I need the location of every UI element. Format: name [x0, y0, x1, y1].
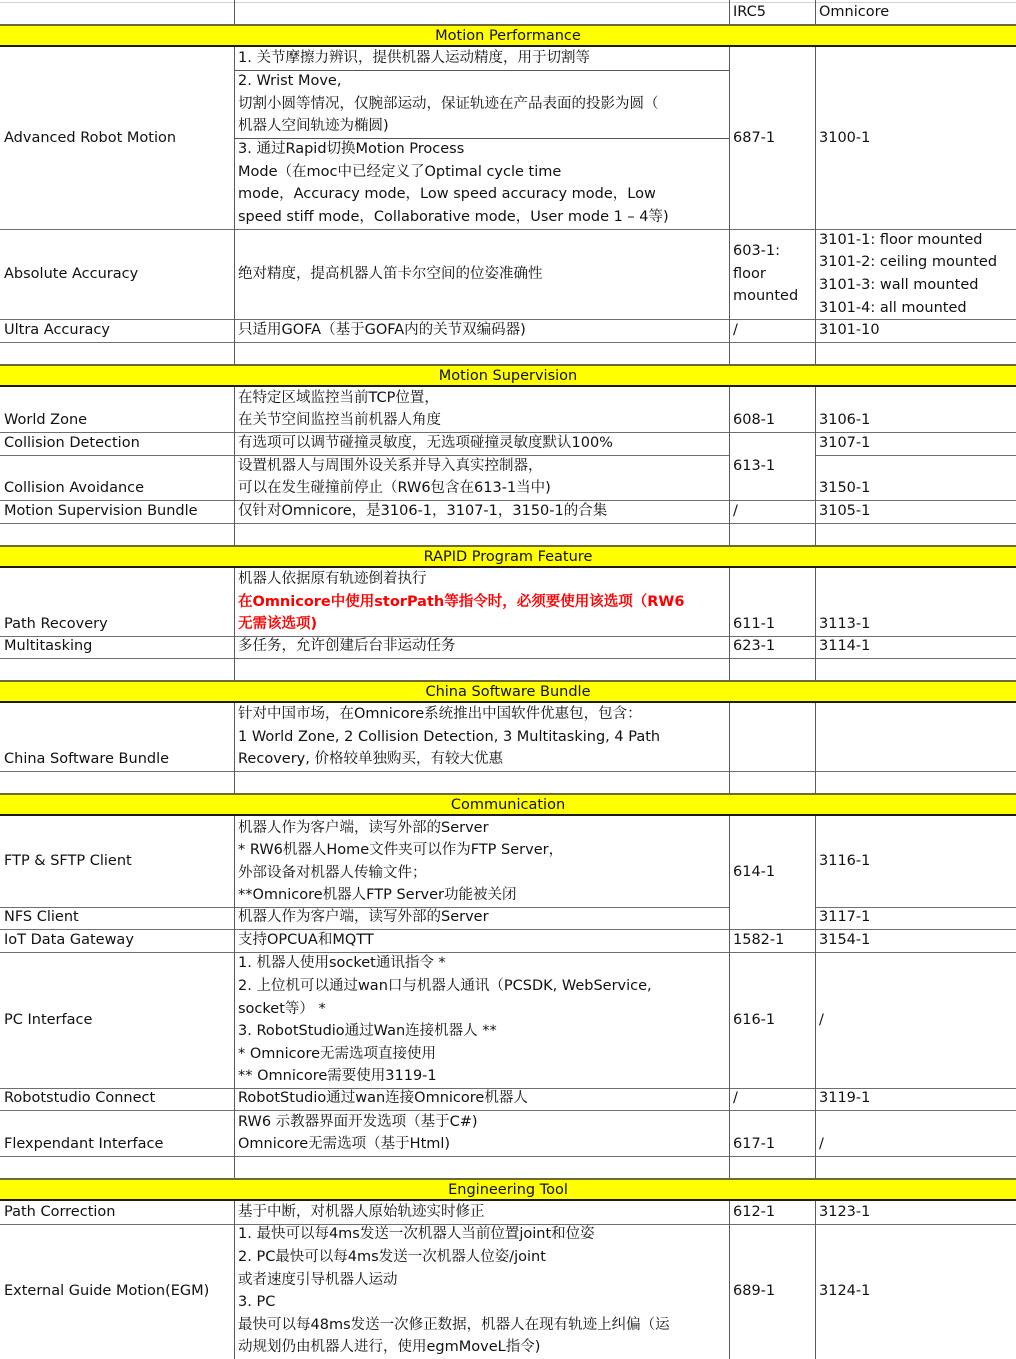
highlight-note: 无需该选项) — [238, 613, 725, 636]
cell-text: RW6 示教器界面开发选项（基于C#) — [238, 1111, 725, 1134]
feature-description: RobotStudio通过wan连接Omnicore机器人 — [234, 1088, 729, 1110]
cell-text: 3. RobotStudio通过Wan连接机器人 ** — [238, 1020, 725, 1043]
cell-text: 切割小圆等情况，仅腕部运动，保证轨迹在产品表面的投影为圆（ — [238, 93, 725, 116]
cell-text: 1582-1 — [733, 929, 811, 952]
feature-name: FTP & SFTP Client — [0, 816, 234, 907]
feature-description: 2. Wrist Move,切割小圆等情况，仅腕部运动，保证轨迹在产品表面的投影… — [234, 70, 729, 138]
cell-text: 3116-1 — [819, 850, 1012, 873]
cell-text: World Zone — [4, 409, 230, 432]
grid-line — [729, 387, 730, 432]
grid-line — [234, 658, 235, 680]
cell-text: 有选项可以调节碰撞灵敏度，无选项碰撞灵敏度默认100% — [238, 432, 725, 455]
grid-line — [815, 47, 816, 229]
grid-line — [234, 1088, 235, 1110]
feature-description: 3. 通过Rapid切换Motion ProcessMode（在moc中已经定义… — [234, 138, 729, 229]
cell-text: 3101-1: floor mounted — [819, 229, 1012, 251]
cell-text: / — [819, 1133, 1012, 1156]
omnicore-option: 3119-1 — [815, 1088, 1016, 1110]
feature-name: Ultra Accuracy — [0, 319, 234, 342]
feature-description: 机器人依据原有轨迹倒着执行在Omnicore中使用storPath等指令时，必须… — [234, 568, 729, 636]
grid-line — [729, 929, 730, 952]
irc5-option: / — [729, 1088, 815, 1110]
grid-line — [234, 816, 235, 907]
feature-name: Path Recovery — [0, 568, 234, 636]
grid-line — [234, 771, 235, 793]
feature-description: 1. 机器人使用socket通讯指令 *2. 上位机可以通过wan口与机器人通讯… — [234, 952, 729, 1088]
feature-description: 机器人作为客户端，读写外部的Server* RW6机器人Home文件夹可以作为F… — [234, 816, 729, 907]
feature-name: Path Correction — [0, 1201, 234, 1224]
section-header-china-software-bundle: China Software Bundle — [0, 680, 1016, 703]
highlight-note: 在Omnicore中使用storPath等指令时，必须要使用该选项（RW6 — [238, 591, 725, 614]
feature-description: 在特定区域监控当前TCP位置，在关节空间监控当前机器人角度 — [234, 387, 729, 432]
grid-line — [815, 523, 816, 545]
cell-text: IoT Data Gateway — [4, 929, 230, 952]
grid-line — [234, 636, 235, 658]
grid-line — [234, 568, 235, 636]
feature-description: 1. 最快可以每4ms发送一次机器人当前位置joint和位姿2. PC最快可以每… — [234, 1224, 729, 1359]
cell-text: 多任务，允许创建后台非运动任务 — [238, 636, 725, 658]
section-title: RAPID Program Feature — [424, 549, 593, 565]
grid-line — [815, 229, 816, 319]
cell-text: 1 World Zone, 2 Collision Detection, 3 M… — [238, 726, 725, 749]
grid-line — [234, 500, 235, 523]
grid-line — [729, 771, 730, 793]
cell-text: 1. 关节摩擦力辨识，提供机器人运动精度，用于切割等 — [238, 47, 725, 70]
grid-line — [815, 1110, 816, 1156]
cell-text: 在关节空间监控当前机器人角度 — [238, 409, 725, 432]
grid-line — [815, 1156, 816, 1178]
irc5-option: 608-1 — [729, 387, 815, 432]
feature-description: 针对中国市场，在Omnicore系统推出中国软件优惠包，包含：1 World Z… — [234, 703, 729, 771]
cell-text: 仅针对Omnicore，是3106-1，3107-1，3150-1的合集 — [238, 500, 725, 523]
cell-text: mode，Accuracy mode，Low speed accuracy mo… — [238, 183, 725, 206]
grid-line — [729, 432, 730, 455]
feature-description: 仅针对Omnicore，是3106-1，3107-1，3150-1的合集 — [234, 500, 729, 523]
grid-line — [815, 658, 816, 680]
grid-line — [729, 500, 730, 523]
cell-text: 3114-1 — [819, 636, 1012, 658]
grid-line — [0, 658, 1016, 659]
irc5-option: 616-1 — [729, 952, 815, 1088]
cell-text: NFS Client — [4, 907, 230, 929]
feature-description: 有选项可以调节碰撞灵敏度，无选项碰撞灵敏度默认100% — [234, 432, 729, 455]
cell-text: 3101-4: all mounted — [819, 297, 1012, 319]
section-title: Motion Performance — [435, 28, 581, 44]
feature-name: Multitasking — [0, 636, 234, 658]
omnicore-option: 3113-1 — [815, 568, 1016, 636]
grid-line — [234, 455, 235, 500]
feature-name: Absolute Accuracy — [0, 229, 234, 319]
feature-name: PC Interface — [0, 952, 234, 1088]
cell-text: 3117-1 — [819, 907, 1012, 929]
cell-text: Robotstudio Connect — [4, 1088, 230, 1110]
omnicore-option: 3154-1 — [815, 929, 1016, 952]
grid-line — [234, 1201, 235, 1224]
cell-text: 612-1 — [733, 1201, 811, 1224]
cell-text: External Guide Motion(EGM) — [4, 1280, 230, 1303]
grid-line — [815, 1201, 816, 1224]
grid-line — [815, 0, 816, 24]
omnicore-option: 3105-1 — [815, 500, 1016, 523]
cell-text: Mode（在moc中已经定义了Optimal cycle time — [238, 161, 725, 184]
cell-text: speed stiff mode，Collaborative mode，User… — [238, 206, 725, 229]
omnicore-option: 3101-1: floor mounted3101-2: ceiling mou… — [815, 229, 1016, 319]
grid-line — [234, 952, 235, 1088]
cell-text: 动规划仍由机器人进行，使用egmMoveL指令) — [238, 1336, 725, 1359]
grid-line — [815, 1088, 816, 1110]
cell-text: / — [733, 1088, 811, 1110]
cell-text: Flexpendant Interface — [4, 1133, 230, 1156]
grid-line — [729, 47, 730, 229]
cell-text: 623-1 — [733, 636, 811, 658]
feature-name: Robotstudio Connect — [0, 1088, 234, 1110]
section-title: Motion Supervision — [439, 368, 578, 384]
omnicore-option: 3106-1 — [815, 387, 1016, 432]
feature-name: External Guide Motion(EGM) — [0, 1224, 234, 1359]
grid-line — [815, 342, 816, 364]
feature-description: 机器人作为客户端，读写外部的Server — [234, 907, 729, 929]
irc5-option: 689-1 — [729, 1224, 815, 1359]
cell-text: 3101-3: wall mounted — [819, 274, 1012, 297]
irc5-option: 1582-1 — [729, 929, 815, 952]
grid-line — [729, 1201, 730, 1224]
grid-line — [815, 568, 816, 636]
irc5-option: 611-1 — [729, 568, 815, 636]
cell-text: 611-1 — [733, 613, 811, 636]
irc5-option: / — [729, 319, 815, 342]
irc5-option — [729, 703, 815, 771]
feature-name: Motion Supervision Bundle — [0, 500, 234, 523]
grid-line — [0, 523, 1016, 524]
grid-line — [729, 342, 730, 364]
cell-text: 机器人作为客户端，读写外部的Server — [238, 817, 725, 840]
cell-text: 3113-1 — [819, 613, 1012, 636]
omnicore-option: 3117-1 — [815, 907, 1016, 929]
grid-line — [234, 0, 235, 24]
cell-text: 2. Wrist Move, — [238, 70, 725, 93]
cell-text: 608-1 — [733, 409, 811, 432]
cell-text: 机器人作为客户端，读写外部的Server — [238, 907, 725, 929]
cell-text: / — [733, 319, 811, 342]
cell-text: Collision Avoidance — [4, 477, 230, 500]
irc5-option: / — [729, 500, 815, 523]
grid-line — [234, 229, 235, 319]
grid-line — [815, 929, 816, 952]
cell-text: 3101-2: ceiling mounted — [819, 251, 1012, 274]
feature-description: 支持OPCUA和MQTT — [234, 929, 729, 952]
cell-text: 可以在发生碰撞前停止（RW6包含在613-1当中) — [238, 477, 725, 500]
grid-line — [729, 703, 730, 771]
grid-line — [234, 523, 235, 545]
feature-description: 多任务，允许创建后台非运动任务 — [234, 636, 729, 658]
grid-line — [729, 1110, 730, 1156]
cell-text: 689-1 — [733, 1280, 811, 1303]
section-header-motion-supervision: Motion Supervision — [0, 364, 1016, 387]
feature-description: 绝对精度，提高机器人笛卡尔空间的位姿准确性 — [234, 229, 729, 319]
cell-text: 3107-1 — [819, 432, 1012, 455]
grid-line — [729, 229, 730, 319]
cell-text: 设置机器人与周围外设关系并导入真实控制器， — [238, 455, 725, 477]
cell-text: 1. 机器人使用socket通讯指令 * — [238, 952, 725, 975]
grid-line — [234, 1224, 235, 1359]
section-title: Engineering Tool — [448, 1182, 568, 1198]
cell-text: 3101-10 — [819, 319, 1012, 342]
section-header-motion-performance: Motion Performance — [0, 24, 1016, 47]
feature-description: 基于中断，对机器人原始轨迹实时修正 — [234, 1201, 729, 1224]
irc5-option: 623-1 — [729, 636, 815, 658]
grid-line — [729, 568, 730, 636]
cell-text: Collision Detection — [4, 432, 230, 455]
cell-text: 3154-1 — [819, 929, 1012, 952]
cell-text: 在特定区域监控当前TCP位置， — [238, 387, 725, 409]
cell-text: 3123-1 — [819, 1201, 1012, 1224]
feature-name: Flexpendant Interface — [0, 1110, 234, 1156]
cell-text: * Omnicore无需选项直接使用 — [238, 1043, 725, 1066]
section-header-rapid-program-feature: RAPID Program Feature — [0, 545, 1016, 568]
cell-text: / — [733, 500, 811, 523]
grid-line — [234, 907, 235, 929]
grid-line — [729, 636, 730, 658]
omnicore-option: 3116-1 — [815, 816, 1016, 907]
options-comparison-table: IRC5OmnicoreMotion PerformanceAdvanced R… — [0, 0, 1016, 1359]
grid-line — [729, 816, 730, 907]
grid-line — [815, 500, 816, 523]
cell-text: IRC5 — [733, 1, 811, 24]
omnicore-option: / — [815, 952, 1016, 1088]
cell-text: Motion Supervision Bundle — [4, 500, 230, 523]
omnicore-option: 3100-1 — [815, 47, 1016, 229]
cell-text: 2. PC最快可以每4ms发送一次机器人位姿/joint — [238, 1246, 725, 1269]
cell-text: Path Correction — [4, 1201, 230, 1224]
cell-text: 614-1 — [733, 861, 811, 884]
cell-text: * RW6机器人Home文件夹可以作为FTP Server， — [238, 839, 725, 862]
grid-line — [815, 816, 816, 907]
grid-line — [0, 1156, 1016, 1157]
cell-text: 3105-1 — [819, 500, 1012, 523]
cell-text: 只适用GOFA（基于GOFA内的关节双编码器) — [238, 319, 725, 342]
feature-name: Collision Avoidance — [0, 455, 234, 500]
irc5-option: 614-1 — [729, 816, 815, 929]
grid-line — [815, 387, 816, 432]
cell-text: **Omnicore机器人FTP Server功能被关闭 — [238, 884, 725, 907]
omnicore-option: / — [815, 1110, 1016, 1156]
omnicore-option: 3101-10 — [815, 319, 1016, 342]
cell-text: 613-1 — [733, 455, 811, 478]
omnicore-option — [815, 703, 1016, 771]
feature-name: Advanced Robot Motion — [0, 47, 234, 229]
grid-line — [0, 771, 1016, 772]
cell-text: Multitasking — [4, 636, 230, 658]
cell-text: Omnicore无需选项（基于Html) — [238, 1133, 725, 1156]
grid-line — [729, 455, 730, 500]
grid-line — [729, 1088, 730, 1110]
cell-text: 3. 通过Rapid切换Motion Process — [238, 138, 725, 161]
cell-text: 3100-1 — [819, 127, 1012, 150]
cell-text: 绝对精度，提高机器人笛卡尔空间的位姿准确性 — [238, 263, 725, 286]
cell-text: 基于中断，对机器人原始轨迹实时修正 — [238, 1201, 725, 1224]
irc5-option: 617-1 — [729, 1110, 815, 1156]
cell-text: ** Omnicore需要使用3119-1 — [238, 1065, 725, 1088]
grid-line — [234, 1110, 235, 1156]
feature-name: China Software Bundle — [0, 703, 234, 771]
cell-text: 617-1 — [733, 1133, 811, 1156]
cell-text: 机器人空间轨迹为椭圆) — [238, 115, 725, 138]
grid-line — [815, 952, 816, 1088]
cell-text: RobotStudio通过wan连接Omnicore机器人 — [238, 1088, 725, 1110]
cell-text: 616-1 — [733, 1009, 811, 1032]
grid-line — [729, 952, 730, 1088]
cell-text: Omnicore — [819, 1, 1012, 24]
grid-line — [729, 319, 730, 342]
grid-line — [729, 0, 730, 24]
feature-name: NFS Client — [0, 907, 234, 929]
cell-text: China Software Bundle — [4, 748, 230, 771]
cell-text: 3150-1 — [819, 477, 1012, 500]
cell-text: mounted — [733, 285, 811, 308]
omnicore-option: 3124-1 — [815, 1224, 1016, 1359]
omnicore-option: 3150-1 — [815, 455, 1016, 500]
column-header-irc5: IRC5 — [729, 0, 815, 24]
cell-text: floor — [733, 263, 811, 286]
grid-line — [234, 387, 235, 432]
cell-text: 支持OPCUA和MQTT — [238, 929, 725, 952]
feature-description: 1. 关节摩擦力辨识，提供机器人运动精度，用于切割等 — [234, 47, 729, 70]
grid-line — [729, 523, 730, 545]
grid-line — [815, 1224, 816, 1359]
irc5-option: 603-1:floormounted — [729, 229, 815, 319]
grid-line — [729, 1224, 730, 1359]
cell-text: 2. 上位机可以通过wan口与机器人通讯（PCSDK, WebService, — [238, 975, 725, 998]
grid-line — [234, 342, 235, 364]
cell-text: Absolute Accuracy — [4, 263, 230, 286]
grid-line — [729, 907, 730, 929]
cell-text: Ultra Accuracy — [4, 319, 230, 342]
grid-line — [815, 432, 816, 455]
cell-text: 或者速度引导机器人运动 — [238, 1269, 725, 1292]
grid-line — [234, 1156, 235, 1178]
cell-text: socket等） * — [238, 998, 725, 1021]
feature-name: IoT Data Gateway — [0, 929, 234, 952]
grid-line — [234, 703, 235, 771]
grid-line — [729, 1156, 730, 1178]
cell-text: 3124-1 — [819, 1280, 1012, 1303]
cell-text: 3119-1 — [819, 1088, 1012, 1110]
section-header-engineering-tool: Engineering Tool — [0, 1178, 1016, 1201]
cell-text: FTP & SFTP Client — [4, 850, 230, 873]
grid-line — [234, 929, 235, 952]
irc5-option: 613-1 — [729, 432, 815, 500]
feature-name: Collision Detection — [0, 432, 234, 455]
cell-text: / — [819, 1009, 1012, 1032]
cell-text: 1. 最快可以每4ms发送一次机器人当前位置joint和位姿 — [238, 1224, 725, 1246]
cell-text: 687-1 — [733, 127, 811, 150]
cell-text: 外部设备对机器人传输文件； — [238, 862, 725, 885]
grid-line — [815, 703, 816, 771]
cell-text: 603-1: — [733, 240, 811, 263]
grid-line — [234, 432, 235, 455]
grid-line — [815, 907, 816, 929]
section-header-communication: Communication — [0, 793, 1016, 816]
grid-line — [815, 636, 816, 658]
irc5-option: 612-1 — [729, 1201, 815, 1224]
section-title: Communication — [451, 797, 565, 813]
feature-name: World Zone — [0, 387, 234, 432]
cell-text: 针对中国市场，在Omnicore系统推出中国软件优惠包，包含： — [238, 703, 725, 726]
grid-line — [0, 342, 1016, 343]
cell-text: Advanced Robot Motion — [4, 127, 230, 150]
cell-text: 3. PC — [238, 1291, 725, 1314]
cell-text: 3106-1 — [819, 409, 1012, 432]
column-header-omnicore: Omnicore — [815, 0, 1016, 24]
feature-description: 设置机器人与周围外设关系并导入真实控制器，可以在发生碰撞前停止（RW6包含在61… — [234, 455, 729, 500]
grid-line — [815, 455, 816, 500]
feature-description: 只适用GOFA（基于GOFA内的关节双编码器) — [234, 319, 729, 342]
feature-description: RW6 示教器界面开发选项（基于C#)Omnicore无需选项（基于Html) — [234, 1110, 729, 1156]
irc5-option: 687-1 — [729, 47, 815, 229]
cell-text: 机器人依据原有轨迹倒着执行 — [238, 568, 725, 591]
cell-text: PC Interface — [4, 1009, 230, 1032]
grid-line — [815, 319, 816, 342]
cell-text: Recovery, 价格较单独购买，有较大优惠 — [238, 748, 725, 771]
grid-line — [234, 47, 235, 229]
cell-text: 最快可以每48ms发送一次修正数据，机器人在现有轨迹上纠偏（运 — [238, 1314, 725, 1337]
section-title: China Software Bundle — [425, 684, 590, 700]
grid-line — [815, 771, 816, 793]
grid-line — [729, 658, 730, 680]
grid-line — [234, 319, 235, 342]
omnicore-option: 3123-1 — [815, 1201, 1016, 1224]
omnicore-option: 3114-1 — [815, 636, 1016, 658]
omnicore-option: 3107-1 — [815, 432, 1016, 455]
cell-text: Path Recovery — [4, 613, 230, 636]
